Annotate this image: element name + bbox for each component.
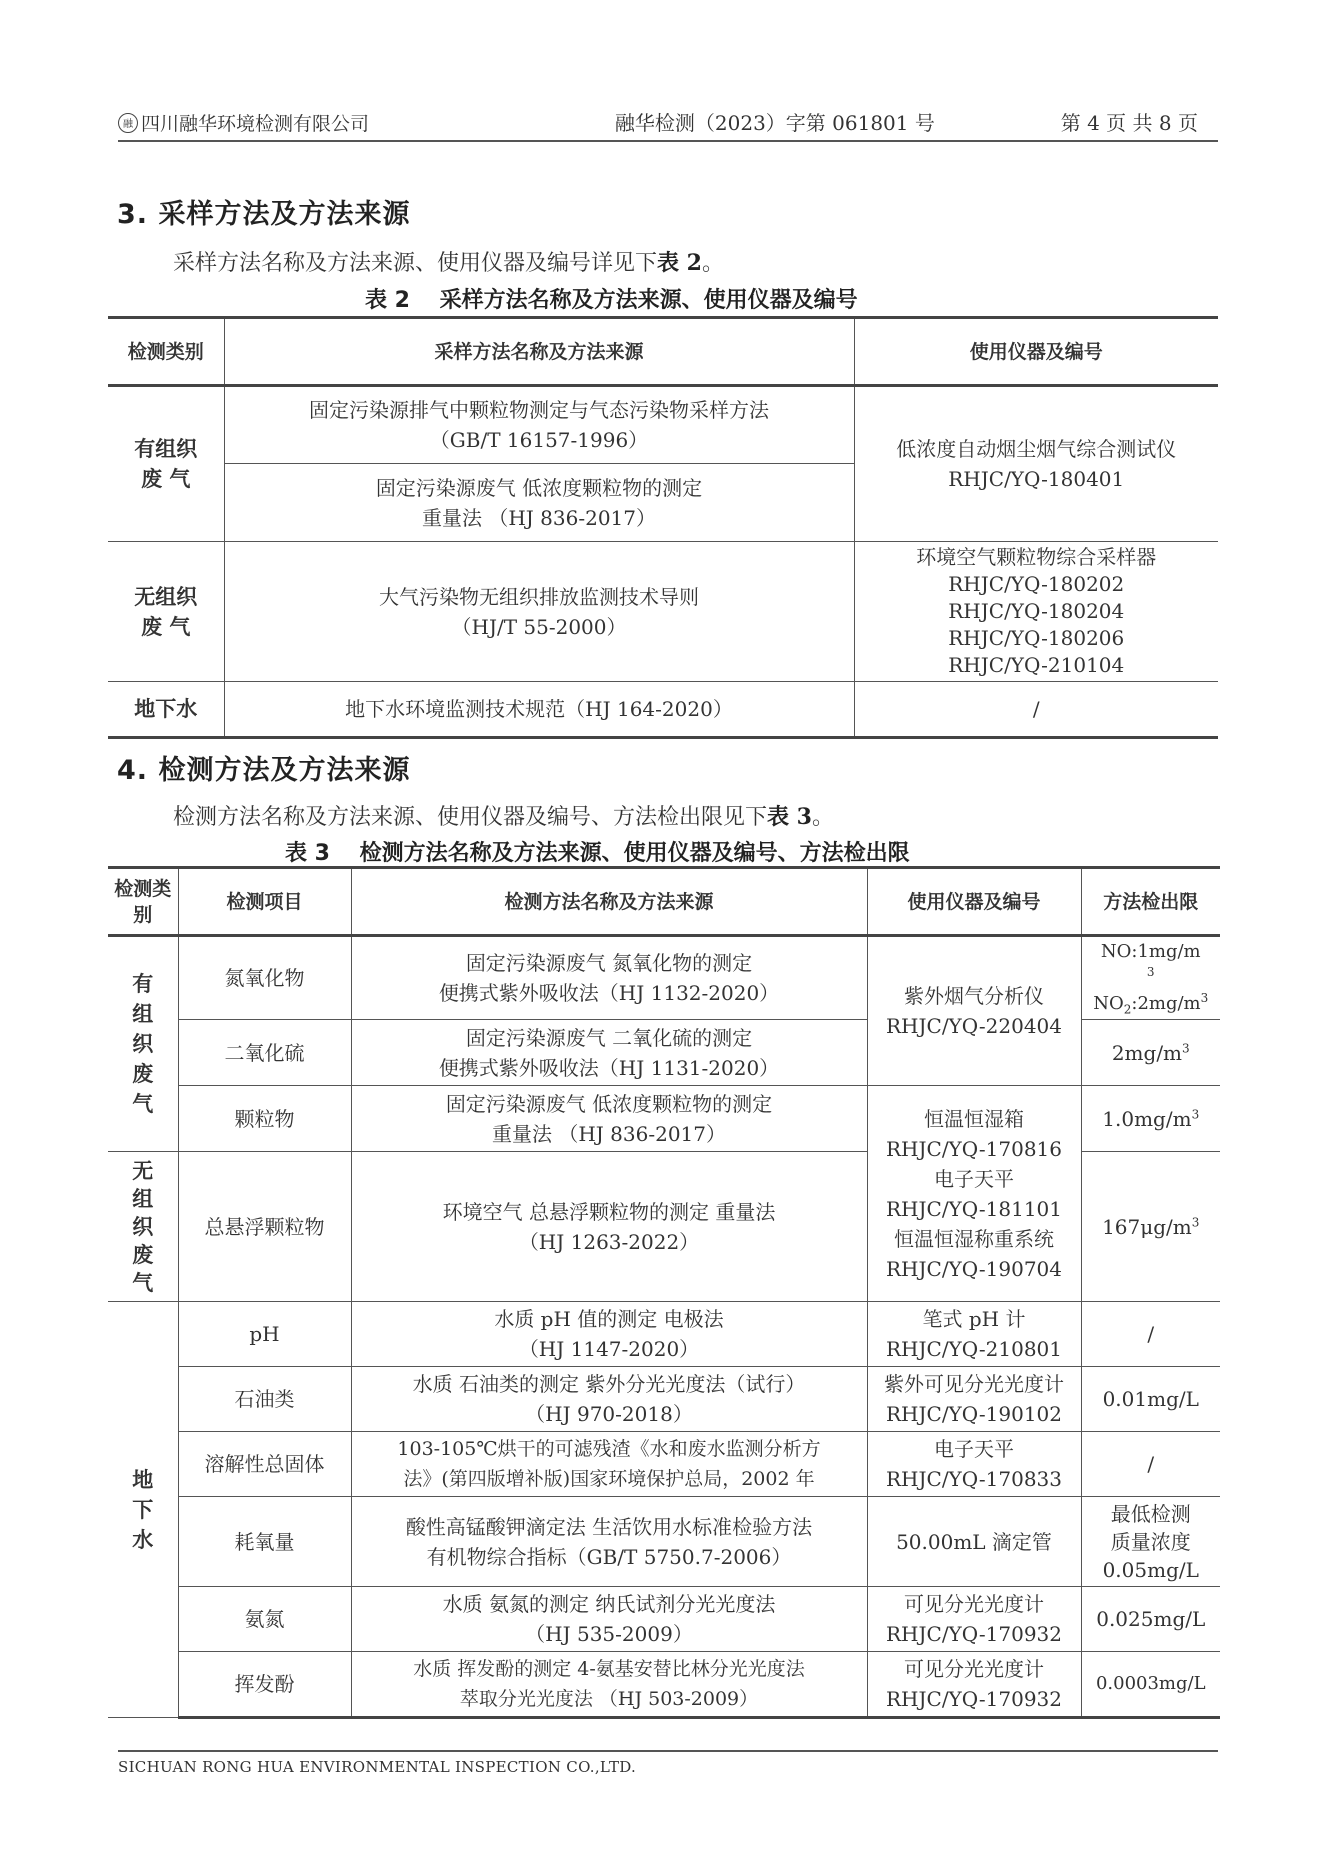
item-cell: 氨氮	[178, 1587, 351, 1652]
method-cell: 大气污染物无组织排放监测技术导则 （HJ/T 55-2000）	[224, 542, 854, 682]
category-cell: 地下水	[108, 682, 224, 738]
category-cell: 有组织 废 气	[108, 386, 224, 542]
table-ref: 表 2	[657, 250, 702, 276]
limit-cell: NO:1mg/m3 NO2:2mg/m3	[1081, 936, 1220, 1020]
table-row: 挥发酚 水质 挥发酚的测定 4-氨基安替比林分光光度法 萃取分光光度法 （HJ …	[108, 1652, 1220, 1718]
category-cell: 地 下 水	[108, 1302, 178, 1718]
method-cell: 水质 石油类的测定 紫外分光光度法（试行） （HJ 970-2018）	[351, 1367, 867, 1432]
instrument-cell: 笔式 pH 计 RHJC/YQ-210801	[867, 1302, 1081, 1367]
company-header: 融 四川融华环境检测有限公司	[118, 109, 369, 136]
limit-cell: 1.0mg/m3	[1081, 1086, 1220, 1152]
table-2: 检测类别 采样方法名称及方法来源 使用仪器及编号 有组织 废 气 固定污染源排气…	[108, 316, 1218, 739]
table-row: 有组织 废 气 固定污染源排气中颗粒物测定与气态污染物采样方法 （GB/T 16…	[108, 386, 1218, 464]
page-info: 第 4 页 共 8 页	[1061, 107, 1198, 136]
table-2-caption: 表 2 采样方法名称及方法来源、使用仪器及编号	[365, 283, 858, 314]
table-row: 无组织 废 气 大气污染物无组织排放监测技术导则 （HJ/T 55-2000） …	[108, 542, 1218, 682]
item-cell: pH	[178, 1302, 351, 1367]
table-row: 地 下 水 pH 水质 pH 值的测定 电极法 （HJ 1147-2020） 笔…	[108, 1302, 1220, 1367]
method-cell: 水质 pH 值的测定 电极法 （HJ 1147-2020）	[351, 1302, 867, 1367]
table-3-header: 检测类别 检测项目 检测方法名称及方法来源 使用仪器及编号 方法检出限	[108, 868, 1220, 936]
company-name-en: SICHUAN RONG HUA ENVIRONMENTAL INSPECTIO…	[118, 1758, 636, 1776]
col-header-instrument: 使用仪器及编号	[854, 318, 1218, 386]
method-cell: 环境空气 总悬浮颗粒物的测定 重量法 （HJ 1263-2022）	[351, 1152, 867, 1302]
col-header-instrument: 使用仪器及编号	[867, 868, 1081, 936]
instrument-cell: 紫外可见分光光度计 RHJC/YQ-190102	[867, 1367, 1081, 1432]
col-header-category: 检测类别	[108, 868, 178, 936]
instrument-cell: 恒温恒湿箱 RHJC/YQ-170816 电子天平 RHJC/YQ-181101…	[867, 1086, 1081, 1302]
method-cell: 水质 氨氮的测定 纳氏试剂分光光度法 （HJ 535-2009）	[351, 1587, 867, 1652]
col-header-category: 检测类别	[108, 318, 224, 386]
table-row: 有 组 织 废 气 氮氧化物 固定污染源废气 氮氧化物的测定 便携式紫外吸收法（…	[108, 936, 1220, 1020]
item-cell: 总悬浮颗粒物	[178, 1152, 351, 1302]
table-ref: 表 3	[767, 804, 812, 830]
limit-cell: 0.0003mg/L	[1081, 1652, 1220, 1718]
col-header-item: 检测项目	[178, 868, 351, 936]
limit-cell: 0.025mg/L	[1081, 1587, 1220, 1652]
section-3-intro: 采样方法名称及方法来源、使用仪器及编号详见下表 2。	[173, 246, 724, 277]
limit-cell: 最低检测 质量浓度 0.05mg/L	[1081, 1497, 1220, 1587]
method-cell: 固定污染源排气中颗粒物测定与气态污染物采样方法 （GB/T 16157-1996…	[224, 386, 854, 464]
table-3: 检测类别 检测项目 检测方法名称及方法来源 使用仪器及编号 方法检出限 有 组 …	[108, 866, 1220, 1719]
table-row: 石油类 水质 石油类的测定 紫外分光光度法（试行） （HJ 970-2018） …	[108, 1367, 1220, 1432]
section-3-title: 3. 采样方法及方法来源	[117, 192, 410, 231]
company-name: 四川融华环境检测有限公司	[141, 109, 369, 136]
limit-cell: 0.01mg/L	[1081, 1367, 1220, 1432]
company-logo-icon: 融	[118, 113, 138, 133]
method-cell: 103-105℃烘干的可滤残渣《水和废水监测分析方 法》(第四版增补版)国家环境…	[351, 1432, 867, 1497]
instrument-cell: 可见分光光度计 RHJC/YQ-170932	[867, 1587, 1081, 1652]
category-cell: 有 组 织 废 气	[108, 936, 178, 1152]
instrument-cell: 紫外烟气分析仪 RHJC/YQ-220404	[867, 936, 1081, 1086]
intro-end: 。	[812, 805, 834, 830]
method-cell: 酸性高锰酸钾滴定法 生活饮用水标准检验方法 有机物综合指标（GB/T 5750.…	[351, 1497, 867, 1587]
page-footer: SICHUAN RONG HUA ENVIRONMENTAL INSPECTIO…	[118, 1750, 1218, 1776]
report-number: 融华检测（2023）字第 061801 号	[615, 107, 935, 136]
instrument-cell: 电子天平 RHJC/YQ-170833	[867, 1432, 1081, 1497]
table-row: 地下水 地下水环境监测技术规范（HJ 164-2020） /	[108, 682, 1218, 738]
method-cell: 固定污染源废气 低浓度颗粒物的测定 重量法 （HJ 836-2017）	[351, 1086, 867, 1152]
col-header-method: 采样方法名称及方法来源	[224, 318, 854, 386]
table-2-header: 检测类别 采样方法名称及方法来源 使用仪器及编号	[108, 318, 1218, 386]
instrument-cell: 低浓度自动烟尘烟气综合测试仪 RHJC/YQ-180401	[854, 386, 1218, 542]
category-cell: 无 组 织 废 气	[108, 1152, 178, 1302]
limit-cell: /	[1081, 1432, 1220, 1497]
item-cell: 溶解性总固体	[178, 1432, 351, 1497]
method-cell: 水质 挥发酚的测定 4-氨基安替比林分光光度法 萃取分光光度法 （HJ 503-…	[351, 1652, 867, 1718]
table-row: 颗粒物 固定污染源废气 低浓度颗粒物的测定 重量法 （HJ 836-2017） …	[108, 1086, 1220, 1152]
limit-cell: /	[1081, 1302, 1220, 1367]
method-cell: 固定污染源废气 二氧化硫的测定 便携式紫外吸收法（HJ 1131-2020）	[351, 1020, 867, 1086]
item-cell: 挥发酚	[178, 1652, 351, 1718]
col-header-limit: 方法检出限	[1081, 868, 1220, 936]
limit-cell: 167μg/m3	[1081, 1152, 1220, 1302]
intro-text: 检测方法名称及方法来源、使用仪器及编号、方法检出限见下	[173, 805, 767, 830]
method-cell: 固定污染源废气 氮氧化物的测定 便携式紫外吸收法（HJ 1132-2020）	[351, 936, 867, 1020]
section-4-title: 4. 检测方法及方法来源	[117, 748, 410, 787]
table-row: 溶解性总固体 103-105℃烘干的可滤残渣《水和废水监测分析方 法》(第四版增…	[108, 1432, 1220, 1497]
item-cell: 颗粒物	[178, 1086, 351, 1152]
method-cell: 固定污染源废气 低浓度颗粒物的测定 重量法 （HJ 836-2017）	[224, 464, 854, 542]
method-cell: 地下水环境监测技术规范（HJ 164-2020）	[224, 682, 854, 738]
instrument-cell: 50.00mL 滴定管	[867, 1497, 1081, 1587]
category-cell: 无组织 废 气	[108, 542, 224, 682]
instrument-cell: 环境空气颗粒物综合采样器 RHJC/YQ-180202 RHJC/YQ-1802…	[854, 542, 1218, 682]
instrument-cell: 可见分光光度计 RHJC/YQ-170932	[867, 1652, 1081, 1718]
instrument-cell: /	[854, 682, 1218, 738]
intro-end: 。	[702, 251, 724, 276]
intro-text: 采样方法名称及方法来源、使用仪器及编号详见下	[173, 251, 657, 276]
col-header-method: 检测方法名称及方法来源	[351, 868, 867, 936]
table-3-caption: 表 3 检测方法名称及方法来源、使用仪器及编号、方法检出限	[285, 836, 910, 867]
item-cell: 氮氧化物	[178, 936, 351, 1020]
item-cell: 耗氧量	[178, 1497, 351, 1587]
limit-cell: 2mg/m3	[1081, 1020, 1220, 1086]
item-cell: 二氧化硫	[178, 1020, 351, 1086]
item-cell: 石油类	[178, 1367, 351, 1432]
section-4-intro: 检测方法名称及方法来源、使用仪器及编号、方法检出限见下表 3。	[173, 800, 834, 831]
table-row: 氨氮 水质 氨氮的测定 纳氏试剂分光光度法 （HJ 535-2009） 可见分光…	[108, 1587, 1220, 1652]
page-header: 融 四川融华环境检测有限公司 融华检测（2023）字第 061801 号 第 4…	[118, 104, 1218, 142]
table-row: 耗氧量 酸性高锰酸钾滴定法 生活饮用水标准检验方法 有机物综合指标（GB/T 5…	[108, 1497, 1220, 1587]
